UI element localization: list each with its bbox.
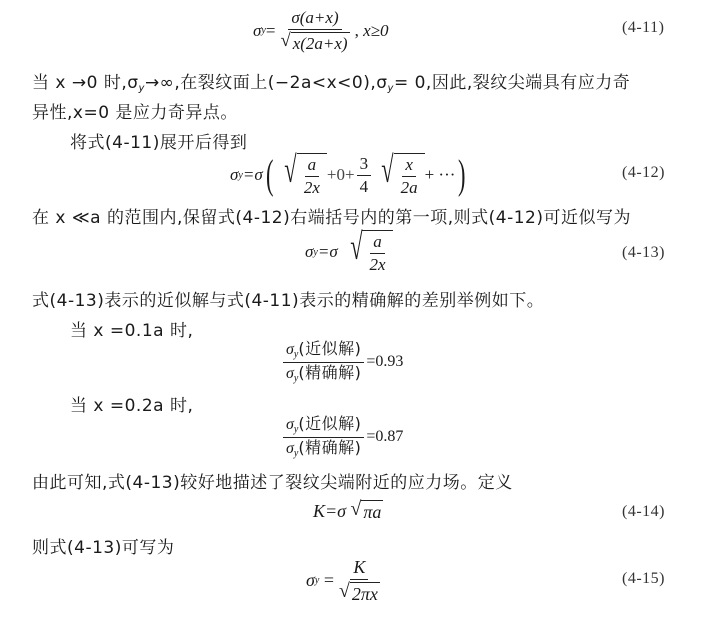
equation-number: (4-12) <box>622 164 665 182</box>
sqrt: √a2x <box>342 230 393 274</box>
sqrt: √x2a <box>373 153 425 197</box>
paragraph-approx: 在 x ≪a 的范围内,保留式(4-12)右端括号内的第一项,则式(4-12)可… <box>32 203 631 228</box>
sqrt: √a2x <box>276 153 327 197</box>
left-paren: ( <box>266 157 273 194</box>
paragraph-compare: 式(4-13)表示的近似解与式(4-11)表示的精确解的差别举例如下。 <box>32 286 544 311</box>
equation-4-11: σy = σ(a+x) √x(2a+x) , x≥0 <box>253 8 388 53</box>
ratio-equation-1: σy(近似解) σy(精确解) =0.93 <box>281 340 403 384</box>
right-paren: ) <box>458 157 465 194</box>
ratio-value: =0.87 <box>366 428 403 446</box>
equation-4-15: σy = K √2πx <box>306 557 385 604</box>
equation-number: (4-13) <box>622 244 665 262</box>
fraction: σ(a+x) √x(2a+x) <box>277 8 352 53</box>
paragraph-expand: 将式(4-11)展开后得到 <box>70 128 247 153</box>
ratio-value: =0.93 <box>366 353 403 371</box>
equals-sign: = <box>266 21 276 41</box>
equation-number: (4-11) <box>622 19 664 37</box>
equation-4-14: K =σ √πa <box>313 500 383 523</box>
paragraph-singularity-line1: 当 x →0 时,σy→∞,在裂纹面上(−2a<x<0),σy= 0,因此,裂纹… <box>32 68 630 94</box>
paragraph-case-01: 当 x =0.1a 时, <box>70 316 193 341</box>
equation-4-12: σy =σ ( √a2x +0+ 34 √x2a + ··· ) <box>230 153 469 197</box>
paragraph-case-02: 当 x =0.2a 时, <box>70 391 193 416</box>
ratio-equation-2: σy(近似解) σy(精确解) =0.87 <box>281 415 403 459</box>
condition: x≥0 <box>363 21 388 41</box>
sqrt: √2πx <box>339 582 380 605</box>
sqrt: √πa <box>351 500 384 523</box>
equation-number: (4-15) <box>622 570 665 588</box>
paragraph-singularity-line2: 异性,x=0 是应力奇异点。 <box>32 98 238 123</box>
sqrt: √x(2a+x) <box>280 32 349 54</box>
paragraph-define: 由此可知,式(4-13)较好地描述了裂纹尖端附近的应力场。定义 <box>32 468 513 493</box>
equation-number: (4-14) <box>622 503 665 521</box>
paragraph-rewrite: 则式(4-13)可写为 <box>32 533 174 558</box>
equation-4-13: σy =σ √a2x <box>305 230 393 274</box>
